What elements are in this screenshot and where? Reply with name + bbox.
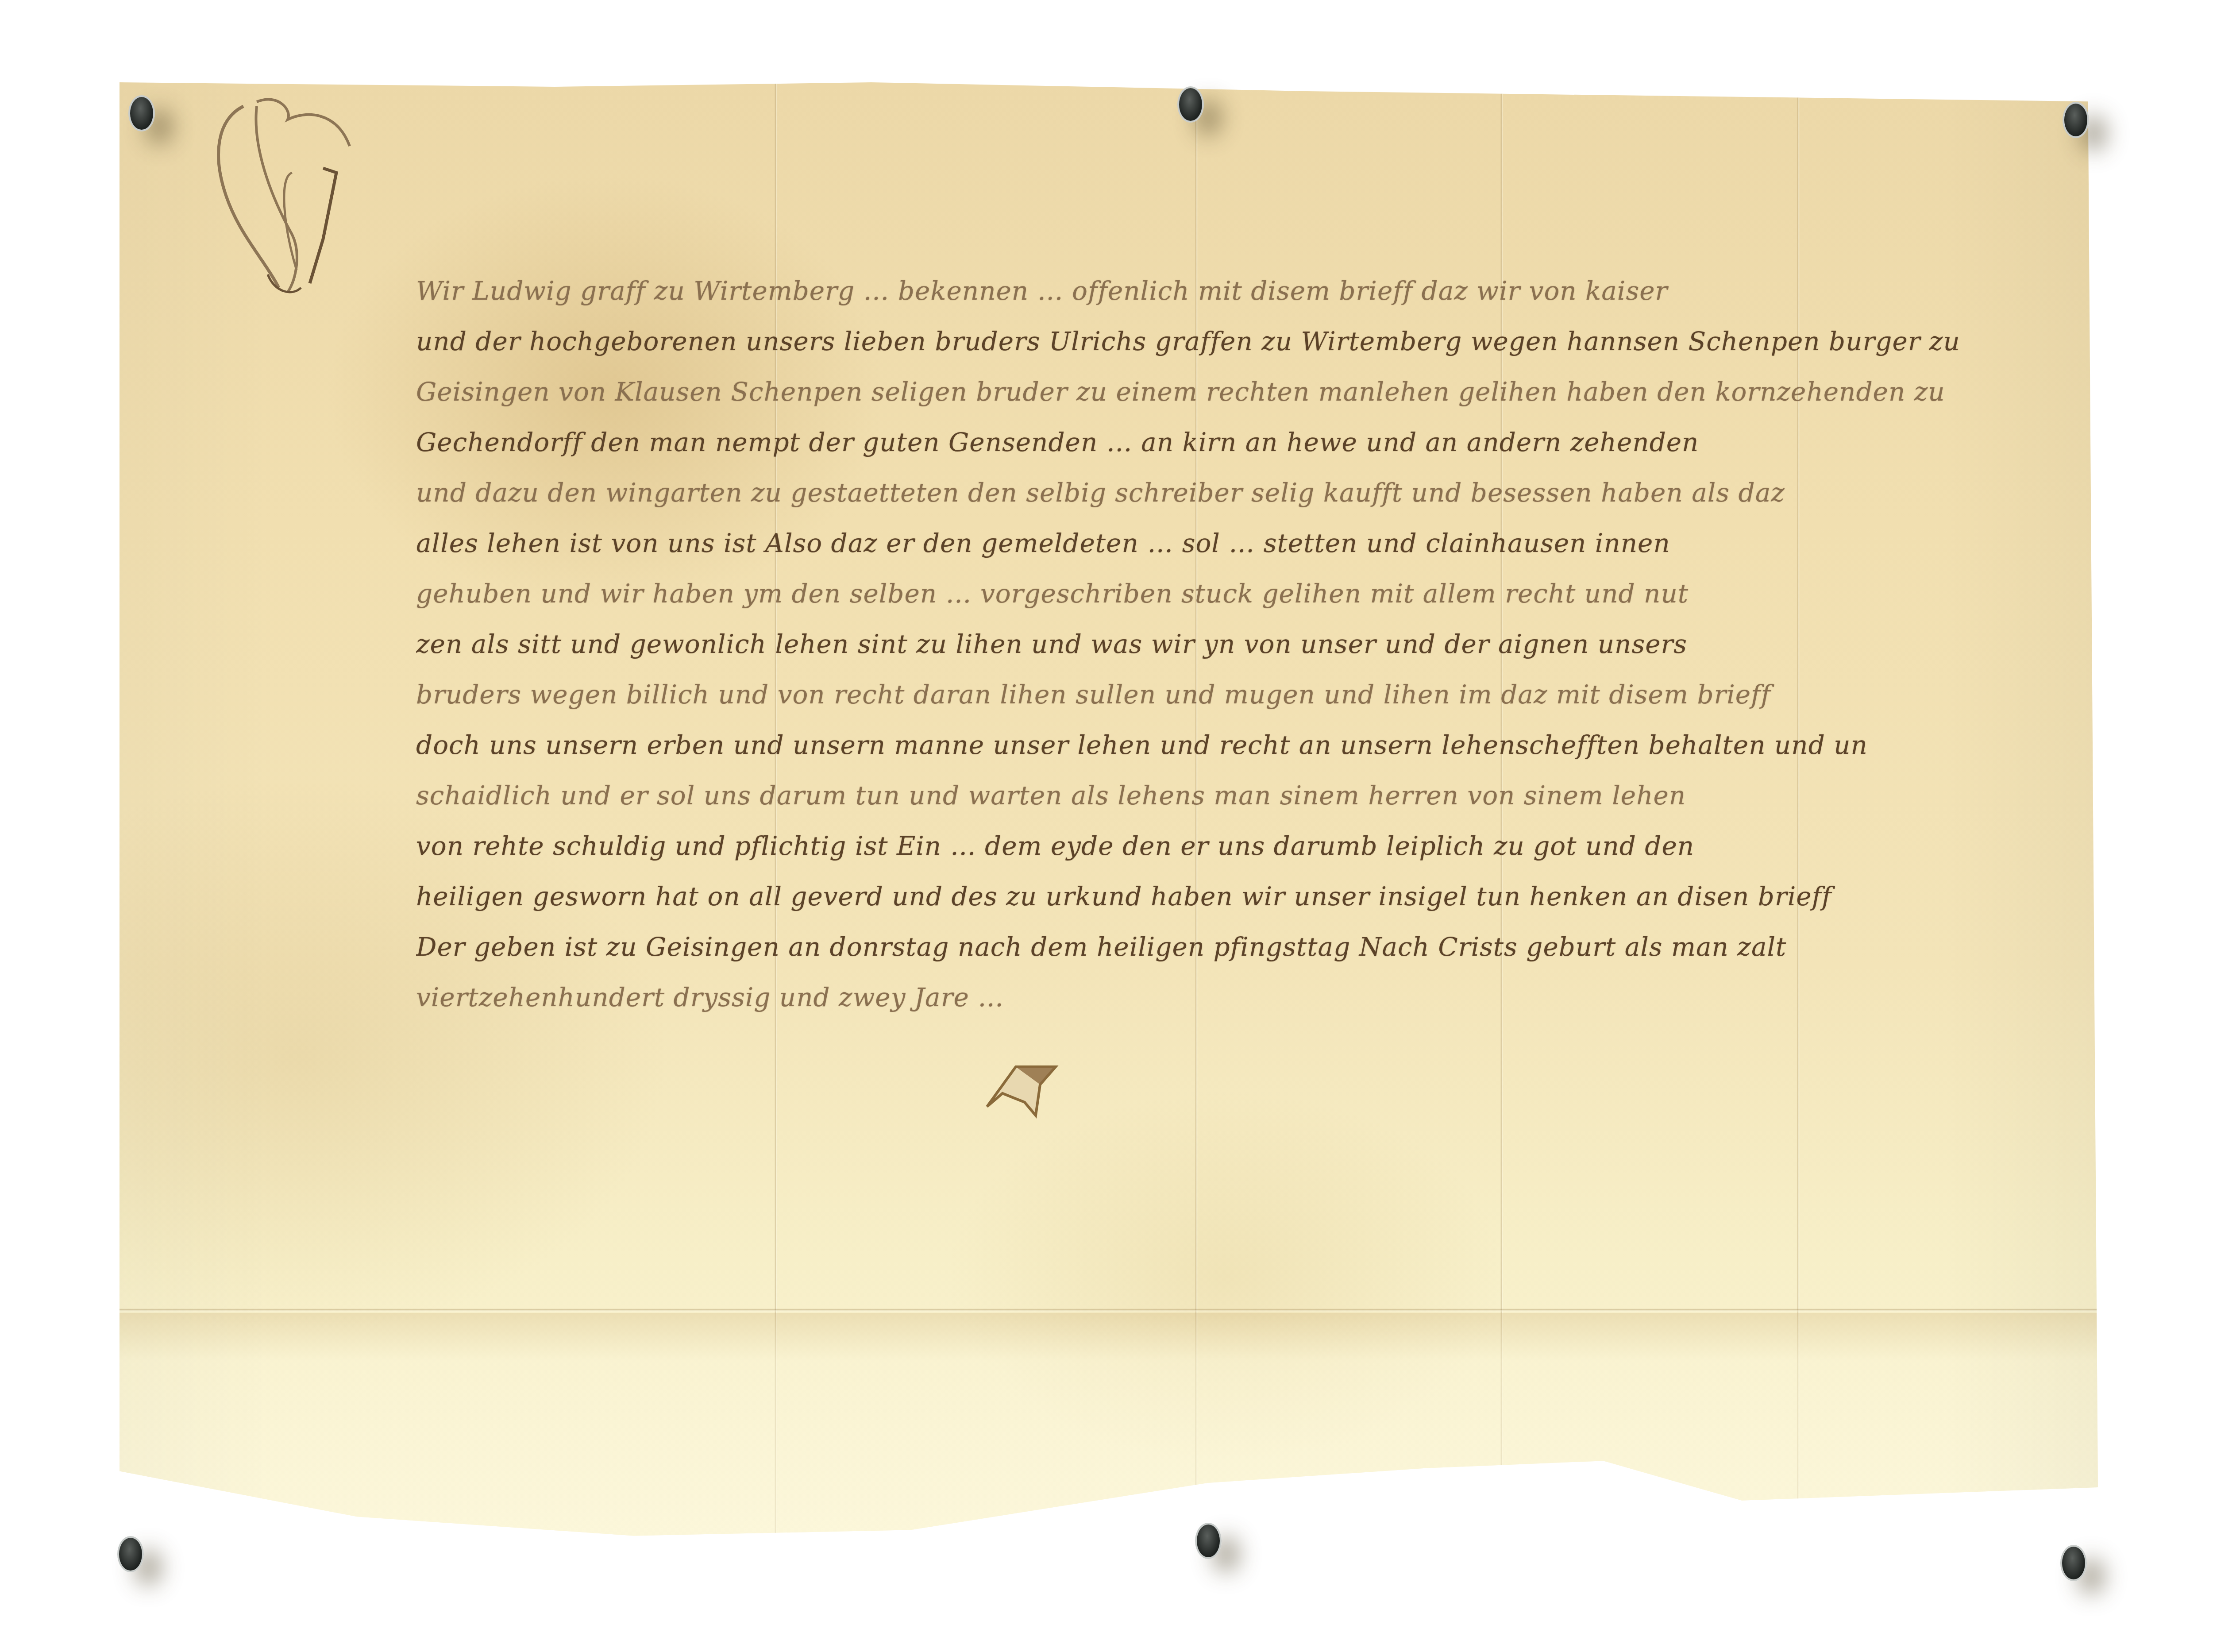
folded-bottom-band (120, 1313, 2098, 1552)
charter-text: Wir Ludwig graff zu Wirtemberg … bekenne… (416, 266, 2018, 1023)
text-line: zen als sitt und gewonlich lehen sint zu… (416, 619, 2018, 669)
text-line: von rehte schuldig und pflichtig ist Ein… (416, 821, 2018, 871)
text-line: gehuben und wir haben ym den selben … vo… (416, 568, 2018, 619)
mounting-pin (1177, 86, 1204, 123)
mounting-pin (2060, 1545, 2087, 1581)
text-line: doch uns unsern erben und unsern manne u… (416, 720, 2018, 770)
text-line: und dazu den wingarten zu gestaetteten d… (416, 467, 2018, 518)
text-line: viertzehenhundert dryssig und zwey Jare … (416, 972, 2018, 1023)
text-line: Geisingen von Klausen Schenpen seligen b… (416, 367, 2018, 417)
mounting-pin (2063, 102, 2089, 138)
text-line: Wir Ludwig graff zu Wirtemberg … bekenne… (416, 266, 2018, 316)
fold-line (120, 1308, 2098, 1312)
decorated-initial-w (190, 93, 359, 301)
seal-slit (985, 1058, 1080, 1120)
mounting-pin (117, 1536, 144, 1572)
text-line: bruders wegen billich und von recht dara… (416, 669, 2018, 720)
mounting-pin (1195, 1523, 1222, 1559)
text-line: Der geben ist zu Geisingen an donrstag n… (416, 922, 2018, 972)
text-line: heiligen gesworn hat on all geverd und d… (416, 871, 2018, 922)
text-line: Gechendorff den man nempt der guten Gens… (416, 417, 2018, 467)
text-line: alles lehen ist von uns ist Also daz er … (416, 518, 2018, 568)
mounting-pin (128, 95, 155, 131)
text-line: und der hochgeborenen unsers lieben brud… (416, 316, 2018, 367)
text-line: schaidlich und er sol uns darum tun und … (416, 770, 2018, 821)
